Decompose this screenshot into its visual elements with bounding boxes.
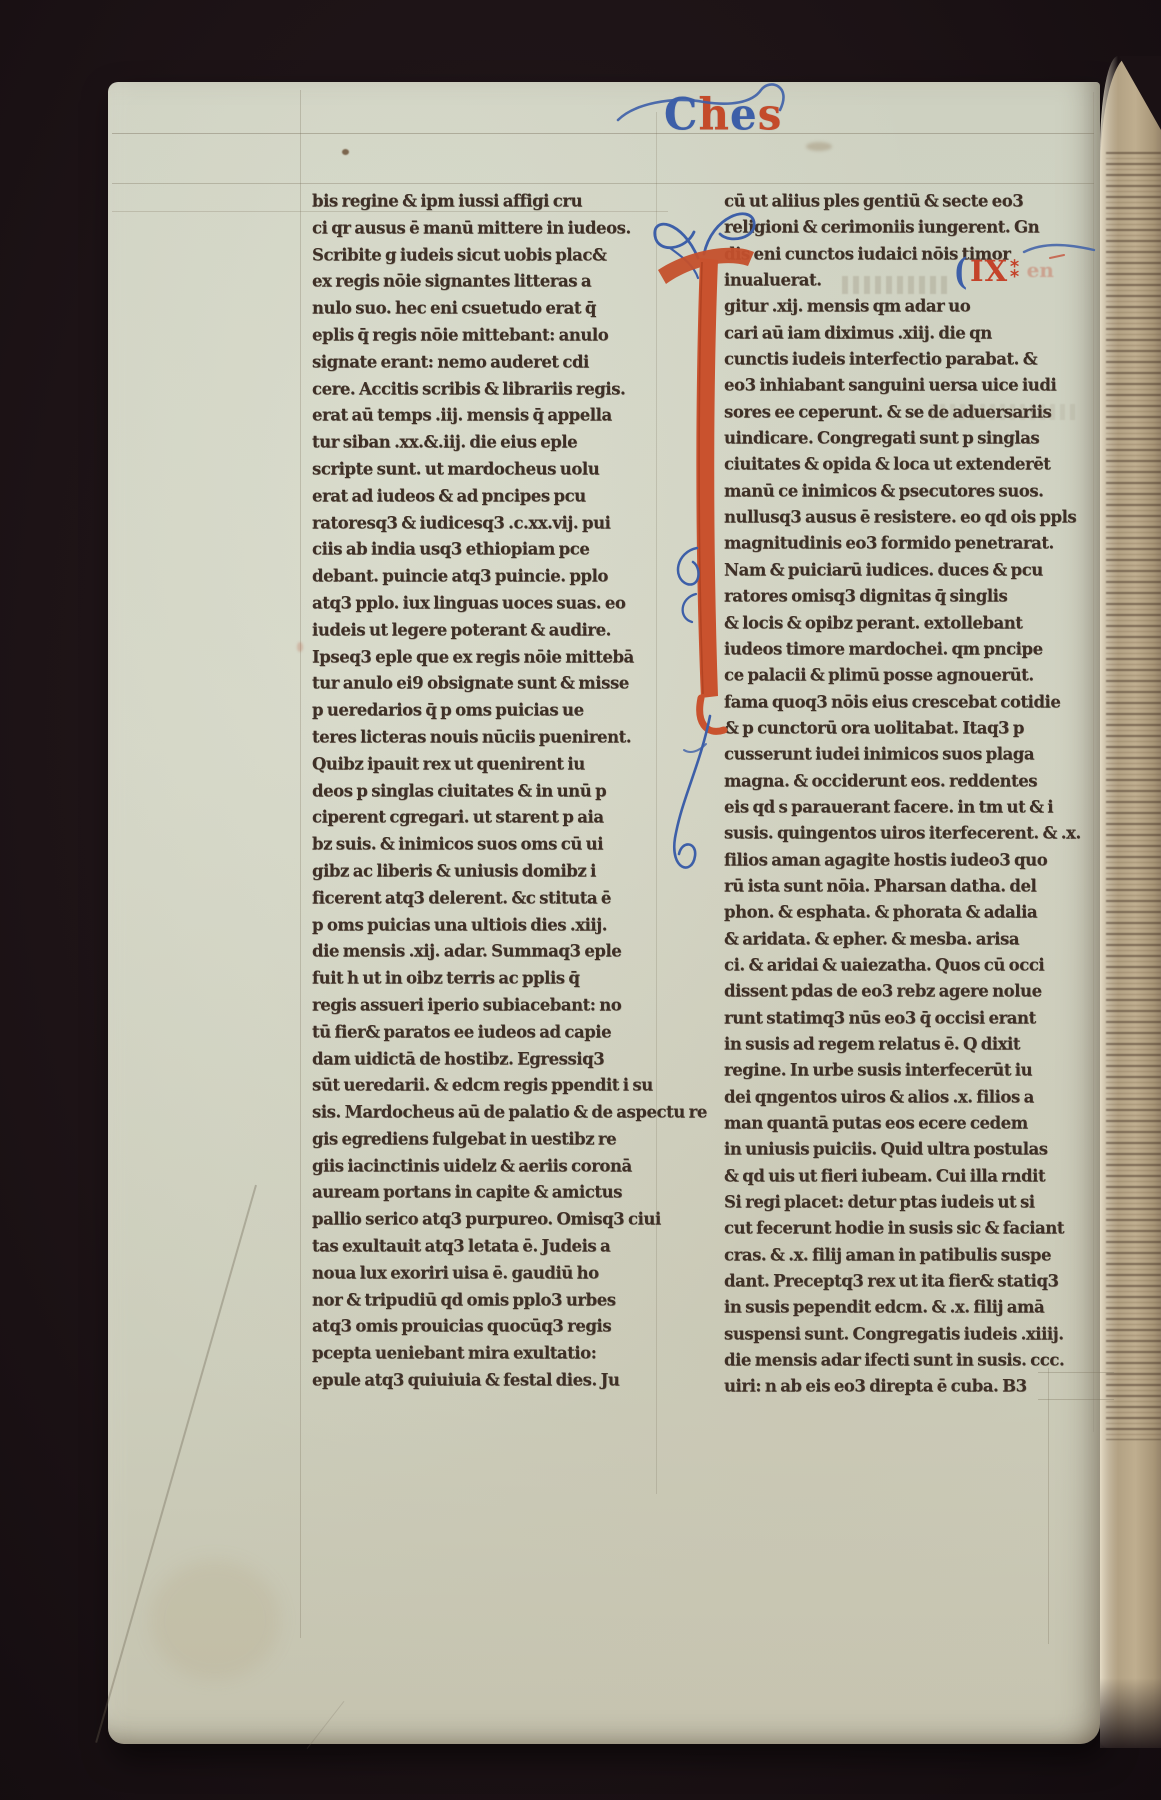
paraph-mark: ( (954, 254, 968, 290)
manuscript-line: debant. puincie atq3 puincie. pplo (312, 563, 662, 591)
manuscript-line: Scribite g iudeis sicut uobis plac& (312, 242, 662, 270)
manuscript-line: dant. Preceptq3 rex ut ita fier& statiq3 (724, 1268, 1096, 1295)
rubric-flourish: ⁑ (1009, 254, 1021, 286)
manuscript-line: eis qd s parauerant facere. in tm ut & i (724, 794, 1096, 821)
manuscript-line: nor & tripudiū qd omis pplo3 urbes (312, 1287, 662, 1315)
manuscript-line: cras. & .x. filij aman in patibulis susp… (724, 1242, 1096, 1269)
manuscript-line: ce palacii & plimū posse agnouerūt. (724, 662, 1096, 689)
manuscript-line: ci qr ausus ē manū mittere in iudeos. (312, 215, 662, 243)
manuscript-line: runt statimq3 nūs eo3 q̄ occisi erant (724, 1005, 1096, 1032)
manuscript-line: manū ce inimicos & psecutores suos. (724, 478, 1096, 505)
manuscript-line: scripte sunt. ut mardocheus uolu (312, 456, 662, 484)
manuscript-line: cere. Accitis scribis & librariis regis. (312, 376, 662, 404)
manuscript-line: atq3 pplo. iux linguas uoces suas. eo (312, 590, 662, 618)
manuscript-line: ratores omisq3 dignitas q̄ singlis (724, 583, 1096, 610)
illuminated-initial-I (640, 196, 770, 886)
manuscript-line: die mensis adar ifecti sunt in susis. cc… (724, 1347, 1096, 1374)
manuscript-line: ciperent cgregari. ut starent p aia (312, 804, 662, 832)
stain (806, 142, 832, 151)
manuscript-line: & p cunctorū ora uolitabat. Itaq3 p (724, 715, 1096, 742)
manuscript-line: tur siban .xx.&.iij. die eius eple (312, 429, 662, 457)
manuscript-line: gibz ac liberis & uniusis domibz i (312, 858, 662, 886)
manuscript-line: & qd uis ut fieri iubeam. Cui illa rndit (724, 1163, 1096, 1190)
manuscript-line: bz suis. & inimicos suos oms cū ui (312, 831, 662, 859)
ruling-line (112, 133, 1094, 134)
manuscript-line: sis. Mardocheus aū de palatio & de aspec… (312, 1099, 662, 1127)
manuscript-line: regine. In urbe susis interfecerūt iu (724, 1057, 1096, 1084)
ruling-line (300, 90, 301, 1638)
fore-edge-page-stack (1100, 56, 1161, 1748)
manuscript-line: cunctis iudeis interfectio parabat. & (724, 346, 1096, 373)
manuscript-line: sūt ueredarii. & edcm regis ppendit i su (312, 1072, 662, 1100)
manuscript-line: rū ista sunt nōia. Pharsan datha. del (724, 873, 1096, 900)
manuscript-line: susis. quingentos uiros iterfecerent. & … (724, 820, 1096, 847)
background-gap (1119, 56, 1161, 130)
manuscript-line: magna. & occiderunt eos. reddentes (724, 768, 1096, 795)
manuscript-line: atq3 omis prouicias quocūq3 regis (312, 1313, 662, 1341)
manuscript-line: tas exultauit atq3 letata ē. Judeis a (312, 1233, 662, 1261)
manuscript-line: p oms puicias una ultiois dies .xiij. (312, 912, 662, 940)
manuscript-line: cari aū iam diximus .xiij. die qn (724, 320, 1096, 347)
manuscript-line: dissent pdas de eo3 rebz agere nolue (724, 978, 1096, 1005)
manuscript-line: magnitudinis eo3 formido penetrarat. (724, 530, 1096, 557)
manuscript-line: auream portans in capite & amictus (312, 1179, 662, 1207)
manuscript-line: ciuitates & opida & loca ut extenderēt (724, 451, 1096, 478)
manuscript-line: uindicare. Congregati sunt p singlas (724, 425, 1096, 452)
manuscript-line: iudeos timore mardochei. qm pncipe (724, 636, 1096, 663)
manuscript-line: teres licteras nouis nūciis puenirent. (312, 724, 662, 752)
manuscript-line: phon. & esphata. & phorata & adalia (724, 899, 1096, 926)
manuscript-line: ciis ab india usq3 ethiopiam pce (312, 536, 662, 564)
manuscript-line: nullusq3 ausus ē resistere. eo qd ois pp… (724, 504, 1096, 531)
manuscript-line: signate erant: nemo auderet cdi (312, 349, 662, 377)
manuscript-line: bis regine & ipm iussi affigi cru (312, 188, 662, 216)
manuscript-line: epule atq3 quiuiuia & festal dies. Ju (312, 1367, 662, 1395)
manuscript-line: dei qngentos uiros & alios .x. filios a (724, 1084, 1096, 1111)
manuscript-line: fuit h ut in oibz terris ac pplis q̄ (312, 965, 662, 993)
stain (150, 1560, 280, 1680)
manuscript-line: in susis ad regem relatus ē. Q dixit (724, 1031, 1096, 1058)
ruling-line (1048, 1368, 1049, 1644)
text-column-left: bis regine & ipm iussi affigi cruci qr a… (312, 188, 662, 1394)
manuscript-line: cut fecerunt hodie in susis sic & facian… (724, 1215, 1096, 1242)
manuscript-line: dam uidictā de hostibz. Egressiq3 (312, 1046, 662, 1074)
manuscript-line: erat ad iudeos & ad pncipes pcu (312, 483, 662, 511)
manuscript-line: uiri: n ab eis eo3 direpta ē cuba. B3 (724, 1373, 1096, 1400)
manuscript-line: die mensis .xij. adar. Summaq3 eple (312, 938, 662, 966)
manuscript-line: nulo suo. hec eni csuetudo erat q̄ (312, 295, 662, 323)
manuscript-line: eplis q̄ regis nōie mittebant: anulo (312, 322, 662, 350)
manuscript-line: ratoresq3 & iudicesq3 .c.xx.vij. pui (312, 510, 662, 538)
show-through-text (842, 276, 950, 294)
manuscript-line: & locis & opibz perant. extollebant (724, 610, 1096, 637)
show-through-text (930, 404, 1080, 420)
manuscript-line: in susis pependit edcm. & .x. filij amā (724, 1294, 1096, 1321)
manuscript-line: in uniusis puiciis. Quid ultra postulas (724, 1136, 1096, 1163)
manuscript-line: cū ut aliius ples gentiū & secte eo3 (724, 188, 1096, 215)
manuscript-line: tur anulo ei9 obsignate sunt & misse (312, 670, 662, 698)
manuscript-line: Nam & puiciarū iudices. duces & pcu (724, 557, 1096, 584)
show-through-mark (297, 642, 303, 652)
manuscript-line: iudeis ut legere poterant & audire. (312, 617, 662, 645)
manuscript-photo: Ches bis regine & ipm iussi affigi cruci… (0, 0, 1161, 1800)
manuscript-line: giis iacinctinis uidelz & aeriis coronā (312, 1153, 662, 1181)
manuscript-line: man quantā putas eos ecere cedem (724, 1110, 1096, 1137)
chapter-numeral: IX (970, 254, 1008, 288)
manuscript-line: eo3 inhiabant sanguini uersa uice iudi (724, 372, 1096, 399)
manuscript-line: ex regis nōie signantes litteras a (312, 268, 662, 296)
manuscript-line: ficerent atq3 delerent. &c stituta ē (312, 885, 662, 913)
page-edge-texture (1106, 152, 1161, 1440)
manuscript-line: Quibz ipauit rex ut quenirent iu (312, 751, 662, 779)
manuscript-line: ci. & aridai & uaiezatha. Quos cū occi (724, 952, 1096, 979)
manuscript-line: deos p singlas ciuitates & in unū p (312, 778, 662, 806)
text-column-right: cū ut aliius ples gentiū & secte eo3reli… (724, 188, 1096, 1400)
manuscript-line: erat aū temps .iij. mensis q̄ appella (312, 402, 662, 430)
manuscript-line: p ueredarios q̄ p oms puicias ue (312, 697, 662, 725)
running-title-flourish-icon (612, 76, 802, 132)
manuscript-line: fama quoq3 nōis eius crescebat cotidie (724, 689, 1096, 716)
manuscript-line: cusserunt iudei inimicos suos plaga (724, 741, 1096, 768)
manuscript-line: tū fier& paratos ee iudeos ad capie (312, 1019, 662, 1047)
manuscript-line: pallio serico atq3 purpureo. Omisq3 ciui (312, 1206, 662, 1234)
manuscript-line: filios aman agagite hostis iudeo3 quo (724, 847, 1096, 874)
ink-stain (342, 149, 349, 155)
manuscript-line: regis assueri iperio subiacebant: no (312, 992, 662, 1020)
manuscript-line: gis egrediens fulgebat in uestibz re (312, 1126, 662, 1154)
manuscript-line: Ipseq3 eple que ex regis nōie mittebā (312, 644, 662, 672)
ruling-line (112, 183, 1094, 184)
rubric-flourish-icon (1020, 238, 1100, 262)
stack-bottom-shadow (1100, 1678, 1161, 1748)
manuscript-line: noua lux exoriri uisa ē. gaudiū ho (312, 1260, 662, 1288)
manuscript-line: pcepta ueniebant mira exultatio: (312, 1340, 662, 1368)
manuscript-line: gitur .xij. mensis qm adar uo (724, 293, 1096, 320)
manuscript-line: Si regi placet: detur ptas iudeis ut si (724, 1189, 1096, 1216)
manuscript-line: suspensi sunt. Congregatis iudeis .xiiij… (724, 1321, 1096, 1348)
manuscript-line: & aridata. & epher. & mesba. arisa (724, 926, 1096, 953)
